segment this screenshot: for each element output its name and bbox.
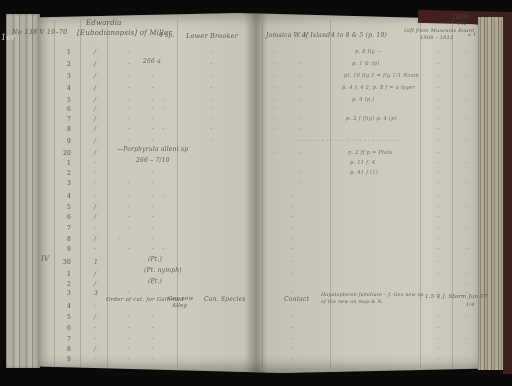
left-header-count: 4 sp. <box>159 33 175 39</box>
ditto-mark: · <box>128 98 130 104</box>
ditto-mark: · <box>298 117 300 123</box>
ditto-mark: · <box>128 205 130 211</box>
ditto-mark: · <box>274 50 276 56</box>
ditto-mark: · <box>291 272 293 278</box>
ditto-mark: · <box>437 127 439 133</box>
row-number: 3 <box>54 74 71 80</box>
ditto-mark: · <box>466 247 468 253</box>
ditto-mark: · <box>437 139 439 145</box>
row-number: 9 <box>54 139 71 145</box>
tick-mark: · <box>94 357 96 363</box>
row-number: 7 <box>54 117 71 123</box>
ditto-mark: · <box>162 98 164 104</box>
ditto-mark: · <box>152 282 154 288</box>
reference-entry: p. 41 f (1) <box>350 171 378 176</box>
row-number: 9 <box>54 357 71 363</box>
ditto-mark: · <box>128 86 130 92</box>
ditto-mark: · <box>466 50 468 56</box>
ditto-mark: · <box>437 194 439 200</box>
ditto-mark: · <box>437 215 439 221</box>
ditto-mark: · <box>162 247 164 253</box>
left-header-species: [Eubodianopsis] of Miller <box>77 30 172 37</box>
ditto-mark: · <box>291 337 293 343</box>
ditto-mark: · <box>466 291 468 297</box>
ditto-mark: · <box>274 74 276 80</box>
ditto-mark: · <box>437 161 439 167</box>
right-header-island: of Island <box>302 33 330 39</box>
ditto-mark: · <box>291 326 293 332</box>
reference-entry: p. 11 f. 4 <box>350 161 375 166</box>
ditto-mark: · <box>210 62 212 68</box>
ditto-mark: · <box>437 171 439 177</box>
row-number: 5 <box>54 205 71 211</box>
ditto-mark: · <box>298 151 300 157</box>
ditto-mark: · <box>152 117 154 123</box>
tick-mark: / <box>94 347 96 353</box>
ditto-mark: · <box>466 117 468 123</box>
ditto-mark: · <box>437 237 439 243</box>
ditto-mark: · <box>291 315 293 321</box>
ditto-mark: · <box>298 86 300 92</box>
left-page-edges <box>6 14 40 368</box>
ditto-mark: · <box>298 98 300 104</box>
reference-entry: p. 2 ff p = Plate <box>348 151 393 156</box>
ditto-mark: · <box>466 205 468 211</box>
tick-mark: · <box>94 247 96 253</box>
ditto-mark: · <box>152 315 154 321</box>
column-rule <box>330 20 331 368</box>
ditto-mark: · <box>128 107 130 113</box>
ditto-mark: · <box>128 127 130 133</box>
ditto-mark: · <box>437 247 439 253</box>
reference-entry: p. 2 f (fig) p. 4 (p) <box>346 117 397 122</box>
row-number: 7 <box>54 337 71 343</box>
ditto-mark: · <box>152 205 154 211</box>
row-number: 3 <box>54 291 71 297</box>
ditto-mark: · <box>437 151 439 157</box>
ditto-mark: · <box>437 98 439 104</box>
reference-entry: p. 4 f. 4 2, p. 8 f = a layer <box>342 86 415 91</box>
row-number: 7 <box>54 226 71 232</box>
ditto-mark: · <box>437 107 439 113</box>
ditto-mark: · <box>298 171 300 177</box>
reference-entry: pl. 10 fig 1 = fig 1/1 Room <box>344 74 419 79</box>
tick-mark: / <box>94 151 96 157</box>
tick-mark: / <box>94 272 96 278</box>
column-rule <box>177 20 178 368</box>
page-gutter <box>245 13 267 373</box>
row-number: 8 <box>54 237 71 243</box>
row-number: 6 <box>54 326 71 332</box>
ditto-mark: · <box>128 291 130 297</box>
tick-mark: · <box>94 304 96 310</box>
entry-266a: 266 a <box>143 59 161 65</box>
tick-mark: / <box>94 282 96 288</box>
bottom-quarter-note: 1/4 <box>466 303 475 308</box>
ditto-mark: · <box>162 194 164 200</box>
tick-mark: / <box>94 117 96 123</box>
ditto-mark: · <box>210 74 212 80</box>
row-number: 1 <box>54 272 71 278</box>
ditto-mark: · <box>437 357 439 363</box>
row-number: 8 <box>54 127 71 133</box>
ditto-mark: · <box>291 237 293 243</box>
ditto-mark: · <box>437 326 439 332</box>
entry-266-fraction: 266 – 7/10 <box>136 158 170 164</box>
tick-mark: / <box>94 86 96 92</box>
ditto-mark: · <box>437 50 439 56</box>
ditto-mark: · <box>298 127 300 133</box>
tick-mark: / <box>94 215 96 221</box>
ditto-mark: · <box>291 226 293 232</box>
ditto-mark: · <box>437 117 439 123</box>
reference-entry: p. 1 & (p) <box>352 62 379 67</box>
bottom-contact: Contact <box>284 297 309 303</box>
ditto-mark: · <box>291 357 293 363</box>
ditto-mark: · <box>152 357 154 363</box>
row-number: 3 <box>54 181 71 187</box>
ditto-mark: · <box>466 272 468 278</box>
tick-mark: · <box>94 161 96 167</box>
ditto-mark: · <box>466 74 468 80</box>
ditto-mark: · <box>152 86 154 92</box>
ditto-mark: · <box>152 347 154 353</box>
tick-mark: / <box>94 62 96 68</box>
column-rule <box>420 20 421 368</box>
reference-entry: p. 4 (p.) <box>352 98 374 103</box>
reference-entry: · – · – · – · – · – · – · – · – · – · – … <box>293 139 400 144</box>
ditto-mark: · <box>274 107 276 113</box>
ditto-mark: · <box>437 205 439 211</box>
ditto-mark: · <box>291 247 293 253</box>
bottom-gex-note: Gex new <box>168 297 193 303</box>
ditto-mark: · <box>437 260 439 266</box>
left-header-genus: Edwardia <box>86 20 122 27</box>
ditto-mark: · <box>274 86 276 92</box>
ditto-mark: · <box>466 282 468 288</box>
ditto-mark: · <box>152 194 154 200</box>
column-rule <box>478 20 479 368</box>
ditto-mark: · <box>291 291 293 297</box>
tick-mark: · <box>94 194 96 200</box>
ditto-mark: · <box>152 337 154 343</box>
tick-mark: / <box>94 127 96 133</box>
tick-mark: / <box>94 107 96 113</box>
right-header-year_sub: 142 <box>457 22 467 27</box>
tick-mark: / <box>94 74 96 80</box>
ditto-mark: · <box>298 74 300 80</box>
ditto-mark: · <box>210 107 212 113</box>
ditto-mark: · <box>274 117 276 123</box>
ditto-mark: · <box>437 86 439 92</box>
ditto-mark: · <box>152 215 154 221</box>
tick-mark: / <box>94 237 96 243</box>
row-number: 4 <box>54 304 71 310</box>
ditto-mark: · <box>128 326 130 332</box>
right-header-gift_line1: Gift from Museums Board <box>404 29 474 34</box>
ditto-mark: · <box>128 347 130 353</box>
ditto-mark: · <box>210 117 212 123</box>
ditto-mark: · <box>128 357 130 363</box>
ditto-mark: · <box>152 247 154 253</box>
bottom-can-species: Can. Species <box>204 297 246 303</box>
ledger-photograph: 1erNo 138 V 19–70Edwardia[Eubodianopsis]… <box>0 0 512 386</box>
book-cover-edge <box>503 14 512 374</box>
ditto-mark: · <box>152 181 154 187</box>
tick-mark: · <box>94 171 96 177</box>
tick-mark: · <box>94 337 96 343</box>
ditto-mark: · <box>152 127 154 133</box>
ditto-mark: · <box>128 117 130 123</box>
tick-mark: / <box>94 205 96 211</box>
ditto-mark: · <box>274 151 276 157</box>
tick-mark: / <box>94 315 96 321</box>
entry-pt-2: (Pt.) <box>148 279 162 285</box>
bottom-species-line2: of the new on map & N. <box>321 301 383 306</box>
ditto-mark: · <box>437 272 439 278</box>
ditto-mark: · <box>152 107 154 113</box>
ditto-mark: · <box>437 181 439 187</box>
ditto-mark: · <box>437 347 439 353</box>
ditto-mark: · <box>466 139 468 145</box>
ditto-mark: · <box>128 50 130 56</box>
row-number: 6 <box>54 107 71 113</box>
bottom-list-note: 1.5 ♀ J. Storm Jun 07 <box>425 295 488 301</box>
ditto-mark: · <box>152 226 154 232</box>
ditto-mark: · <box>118 237 120 243</box>
margin-section-numeral: IV <box>41 256 49 263</box>
row-number: 9 <box>54 247 71 253</box>
ditto-mark: · <box>466 181 468 187</box>
ditto-mark: · <box>152 237 154 243</box>
ditto-mark: · <box>466 337 468 343</box>
column-rule <box>452 20 453 368</box>
ditto-mark: · <box>298 181 300 187</box>
column-rule <box>107 20 108 368</box>
ditto-mark: · <box>210 139 212 145</box>
row-number: 2 <box>54 171 71 177</box>
ditto-mark: · <box>128 315 130 321</box>
row-number: 8 <box>54 347 71 353</box>
row-number: 4 <box>54 86 71 92</box>
ditto-mark: · <box>437 291 439 297</box>
ditto-mark: · <box>274 127 276 133</box>
row-number: 5 <box>54 98 71 104</box>
row-number: 2 <box>54 282 71 288</box>
bottom-species-line1: Hapalopteron familiare – f. Gex new sp <box>321 294 424 299</box>
ditto-mark: · <box>152 74 154 80</box>
reference-entry: p. 8 fig — <box>355 50 382 55</box>
left-header-name: Lower Brooker <box>186 33 238 40</box>
ditto-mark: · <box>128 226 130 232</box>
ditto-mark: · <box>152 98 154 104</box>
ditto-mark: · <box>210 50 212 56</box>
row-number: 2 <box>54 62 71 68</box>
right-header-extra: a 1 <box>468 33 476 38</box>
tick-mark: / <box>94 50 96 56</box>
tick-mark: / <box>94 139 96 145</box>
ditto-mark: · <box>274 98 276 104</box>
tick-mark: · <box>94 326 96 332</box>
column-rule <box>262 20 263 368</box>
tick-mark: 1 <box>94 260 98 266</box>
register-number: No 138 V 19–70 <box>12 29 68 36</box>
ditto-mark: · <box>291 215 293 221</box>
ditto-mark: · <box>210 127 212 133</box>
right-page-edges <box>478 17 505 370</box>
row-number: 6 <box>54 215 71 221</box>
ditto-mark: · <box>128 194 130 200</box>
row-number: 30 <box>54 260 71 266</box>
ditto-mark: · <box>210 98 212 104</box>
ditto-mark: · <box>162 127 164 133</box>
ditto-mark: · <box>152 139 154 145</box>
ditto-mark: · <box>274 62 276 68</box>
ditto-mark: · <box>128 139 130 145</box>
ditto-mark: · <box>291 347 293 353</box>
species-porphyrula: —Porphyrula alleni sp <box>117 147 188 153</box>
ditto-mark: · <box>128 181 130 187</box>
ditto-mark: · <box>128 247 130 253</box>
row-number: 1 <box>54 161 71 167</box>
ditto-mark: · <box>466 315 468 321</box>
row-number: 1 <box>54 50 71 56</box>
ditto-mark: · <box>128 215 130 221</box>
entry-pt-nymph: (Pt. nymph) <box>144 268 182 274</box>
ditto-mark: · <box>466 357 468 363</box>
ditto-mark: · <box>152 326 154 332</box>
row-number: 20 <box>54 151 71 157</box>
ditto-mark: · <box>291 205 293 211</box>
ditto-mark: · <box>128 337 130 343</box>
row-number: 4 <box>54 194 71 200</box>
ditto-mark: · <box>210 86 212 92</box>
right-header-gift_line2: 1908 – 1912 <box>420 36 453 41</box>
right-header-reference: 4 to 8 & 5 (p. 19) <box>331 33 387 39</box>
ditto-mark: · <box>152 171 154 177</box>
ditto-mark: · <box>162 107 164 113</box>
column-rule <box>80 20 81 368</box>
ditto-mark: · <box>466 226 468 232</box>
ditto-mark: · <box>298 62 300 68</box>
tick-mark: · <box>94 181 96 187</box>
tick-mark: · <box>94 226 96 232</box>
ditto-mark: · <box>437 226 439 232</box>
tick-mark: / <box>94 98 96 104</box>
ditto-mark: · <box>437 62 439 68</box>
ditto-mark: · <box>128 74 130 80</box>
ditto-mark: · <box>437 74 439 80</box>
ditto-mark: · <box>437 337 439 343</box>
ditto-mark: · <box>466 98 468 104</box>
bottom-alleg-note: Alleg <box>172 304 187 310</box>
ditto-mark: · <box>128 62 130 68</box>
tick-mark: 3 <box>94 291 98 297</box>
ditto-mark: · <box>437 315 439 321</box>
row-number: 5 <box>54 315 71 321</box>
ditto-mark: · <box>291 260 293 266</box>
entry-pt-1: (Pt.) <box>148 257 162 263</box>
ditto-mark: · <box>466 161 468 167</box>
ditto-mark: · <box>291 194 293 200</box>
